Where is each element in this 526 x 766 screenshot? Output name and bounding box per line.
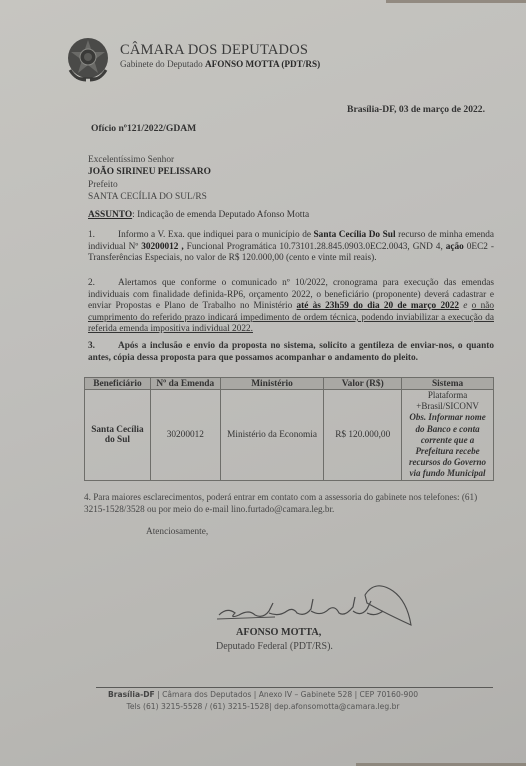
paragraph-3: 3.Após a inclusão e envio da proposta no… bbox=[88, 341, 494, 364]
col-header-valor: Valor (R$) bbox=[324, 378, 402, 390]
brazil-coat-of-arms-icon bbox=[64, 36, 112, 84]
paragraph-number: 1. bbox=[88, 230, 118, 242]
deputy-name: AFONSO MOTTA (PDT/RS) bbox=[205, 59, 320, 69]
cell-sistema: Plataforma +Brasil/SICONV Obs. Informar … bbox=[402, 390, 494, 481]
subtitle-prefix: Gabinete do Deputado bbox=[120, 59, 203, 69]
cell-emenda: 30200012 bbox=[150, 390, 220, 481]
institution-name: CÂMARA DOS DEPUTADOS bbox=[120, 42, 308, 59]
signature-icon bbox=[215, 583, 415, 633]
footer-city: Brasília-DF bbox=[108, 690, 155, 699]
recipient-municipality: SANTA CECÍLIA DO SUL/RS bbox=[88, 191, 211, 203]
subject-label: ASSUNTO bbox=[88, 210, 132, 220]
date-line: Brasília-DF, 03 de março de 2022. bbox=[347, 104, 485, 115]
signatory-role: Deputado Federal (PDT/RS). bbox=[216, 641, 333, 652]
emenda-table: Beneficiário Nº da Emenda Ministério Val… bbox=[84, 377, 494, 481]
office-subtitle: Gabinete do Deputado AFONSO MOTTA (PDT/R… bbox=[120, 59, 320, 69]
cell-beneficiario: Santa Cecília do Sul bbox=[85, 390, 151, 481]
col-header-emenda: Nº da Emenda bbox=[150, 378, 220, 390]
recipient-title: Prefeito bbox=[88, 179, 211, 191]
emenda-number-bold: 30200012 , bbox=[141, 242, 183, 252]
footer-divider bbox=[96, 687, 493, 688]
text: Após a inclusão e envio da proposta no s… bbox=[88, 341, 494, 363]
table-header-row: Beneficiário Nº da Emenda Ministério Val… bbox=[85, 378, 494, 390]
footer-contact: Tels (61) 3215-5528 / (61) 3215-1528| de… bbox=[0, 702, 526, 711]
text: e bbox=[459, 301, 472, 311]
paragraph-4: 4. Para maiores esclarecimentos, poderá … bbox=[84, 491, 498, 515]
table-row: Santa Cecília do Sul 30200012 Ministério… bbox=[85, 390, 494, 481]
cell-valor: R$ 120.000,00 bbox=[324, 390, 402, 481]
footer-address: Brasília-DF | Câmara dos Deputados | Ane… bbox=[0, 690, 526, 699]
photo-edge-shadow bbox=[386, 0, 526, 3]
col-header-ministerio: Ministério bbox=[220, 378, 324, 390]
col-header-beneficiario: Beneficiário bbox=[85, 378, 151, 390]
letter-page: CÂMARA DOS DEPUTADOS Gabinete do Deputad… bbox=[0, 0, 526, 766]
text: Informo a V. Exa. que indiquei para o mu… bbox=[118, 230, 314, 240]
recipient-block: Excelentíssimo Senhor JOÃO SIRINEU PELIS… bbox=[88, 154, 211, 203]
municipality-bold: Santa Cecília Do Sul bbox=[314, 230, 396, 240]
paragraph-2: 2.Alertamos que conforme o comunicado nº… bbox=[88, 278, 494, 336]
salutation: Excelentíssimo Senhor bbox=[88, 154, 211, 166]
deadline-bold: até às 23h59 do dia 20 de março 2022 bbox=[297, 301, 460, 311]
oficio-number: Ofício nº121/2022/GDAM bbox=[91, 123, 196, 134]
paragraph-number: 3. bbox=[88, 341, 118, 353]
signatory-name: AFONSO MOTTA, bbox=[236, 627, 321, 638]
text: Funcional Programática 10.73101.28.845.0… bbox=[184, 242, 446, 252]
closing: Atenciosamente, bbox=[146, 527, 208, 537]
subject-line: ASSUNTO: Indicação de emenda Deputado Af… bbox=[88, 210, 309, 220]
sistema-name: Plataforma +Brasil/SICONV bbox=[404, 390, 491, 412]
footer-address-text: | Câmara dos Deputados | Anexo IV – Gabi… bbox=[155, 690, 418, 699]
recipient-name: JOÃO SIRINEU PELISSARO bbox=[88, 166, 211, 178]
col-header-sistema: Sistema bbox=[402, 378, 494, 390]
text-bold: ação bbox=[446, 242, 464, 252]
sistema-obs: Obs. Informar nome do Banco e conta corr… bbox=[409, 412, 486, 478]
paragraph-1: 1.Informo a V. Exa. que indiquei para o … bbox=[88, 230, 494, 265]
paragraph-number: 2. bbox=[88, 278, 118, 290]
subject-text: : Indicação de emenda Deputado Afonso Mo… bbox=[132, 210, 309, 220]
cell-ministerio: Ministério da Economia bbox=[220, 390, 324, 481]
